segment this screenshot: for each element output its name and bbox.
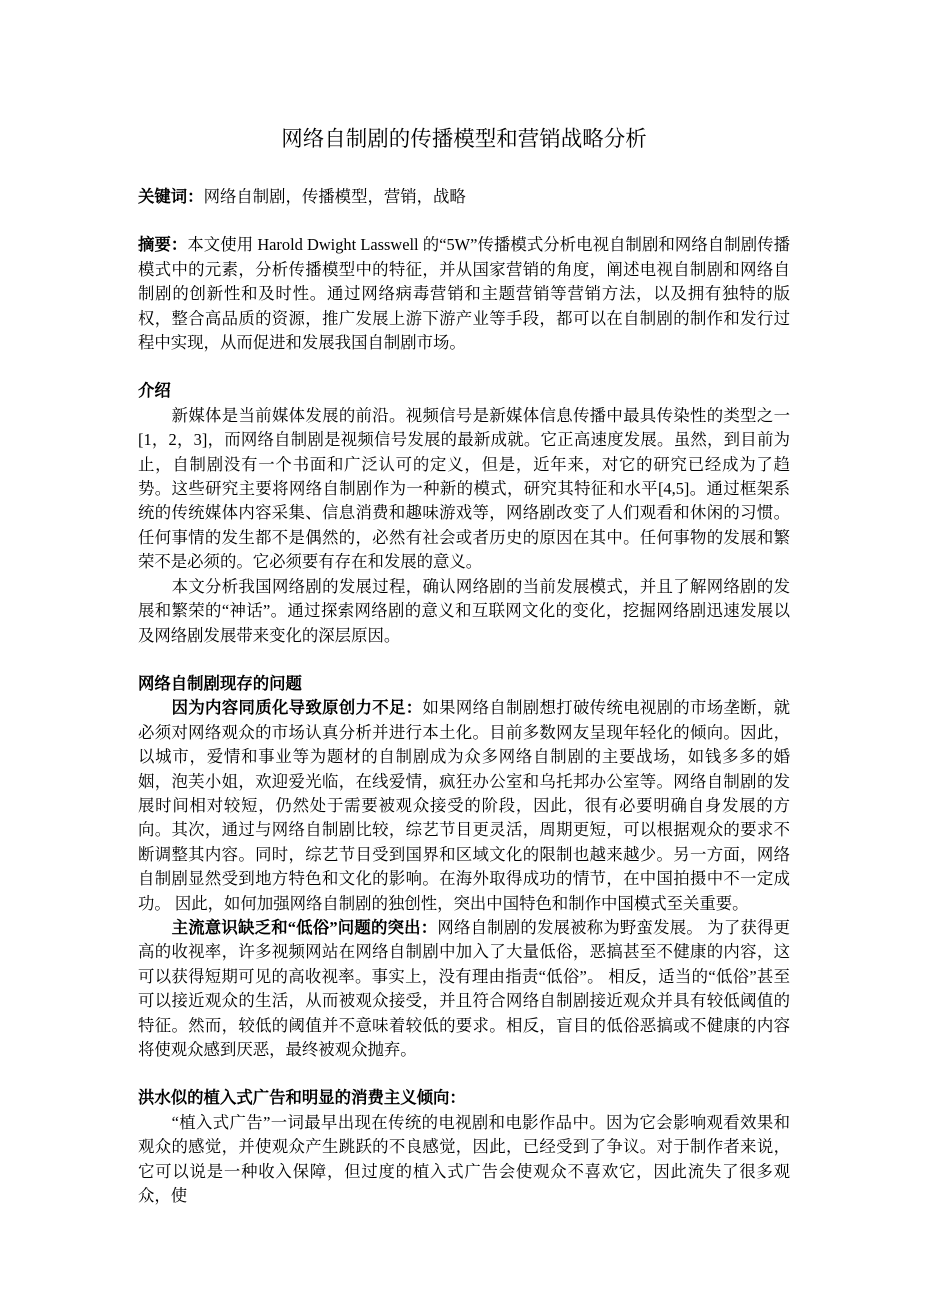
paragraph: 本文分析我国网络剧的发展过程，确认网络剧的当前发展模式，并且了解网络剧的发展和繁…	[138, 575, 790, 648]
document-page: 网络自制剧的传播模型和营销战略分析 关键词：网络自制剧，传播模型，营销，战略 摘…	[0, 0, 925, 1309]
paragraph-text: 新媒体是当前媒体发展的前沿。视频信号是新媒体信息传播中最具传染性的类型之一[1，…	[138, 406, 790, 571]
keywords-label: 关键词：	[138, 187, 204, 206]
paragraph-text: 网络自制剧的发展被称为野蛮发展。 为了获得更高的收视率，许多视频网站在网络自制剧…	[138, 918, 790, 1059]
paragraph: “植入式广告”一词最早出现在传统的电视剧和电影作品中。因为它会影响观看效果和观众…	[138, 1111, 790, 1209]
keywords-text: 网络自制剧，传播模型，营销，战略	[204, 187, 466, 206]
abstract-text: 本文使用 Harold Dwight Lasswell 的“5W”传播模式分析电…	[138, 235, 790, 352]
section-heading-existing-problems: 网络自制剧现存的问题	[138, 672, 790, 696]
paragraph-text: “植入式广告”一词最早出现在传统的电视剧和电影作品中。因为它会影响观看效果和观众…	[138, 1113, 790, 1205]
paragraph-lead: 主流意识缺乏和“低俗”问题的突出：	[172, 918, 438, 937]
paragraph-lead: 因为内容同质化导致原创力不足：	[172, 698, 423, 717]
document-title: 网络自制剧的传播模型和营销战略分析	[138, 124, 790, 155]
abstract-label: 摘要：	[138, 235, 187, 254]
paragraph-text: 如果网络自制剧想打破传统电视剧的市场垄断，就必须对网络观众的市场认真分析并进行本…	[138, 698, 790, 912]
keywords-line: 关键词：网络自制剧，传播模型，营销，战略	[138, 185, 790, 209]
paragraph: 主流意识缺乏和“低俗”问题的突出：网络自制剧的发展被称为野蛮发展。 为了获得更高…	[138, 916, 790, 1062]
section-heading-product-placement: 洪水似的植入式广告和明显的消费主义倾向：	[138, 1086, 790, 1110]
paragraph-text: 本文分析我国网络剧的发展过程，确认网络剧的当前发展模式，并且了解网络剧的发展和繁…	[138, 577, 790, 645]
paragraph: 因为内容同质化导致原创力不足：如果网络自制剧想打破传统电视剧的市场垄断，就必须对…	[138, 696, 790, 916]
abstract-paragraph: 摘要：本文使用 Harold Dwight Lasswell 的“5W”传播模式…	[138, 233, 790, 355]
section-heading-introduction: 介绍	[138, 379, 790, 403]
paragraph: 新媒体是当前媒体发展的前沿。视频信号是新媒体信息传播中最具传染性的类型之一[1，…	[138, 404, 790, 575]
